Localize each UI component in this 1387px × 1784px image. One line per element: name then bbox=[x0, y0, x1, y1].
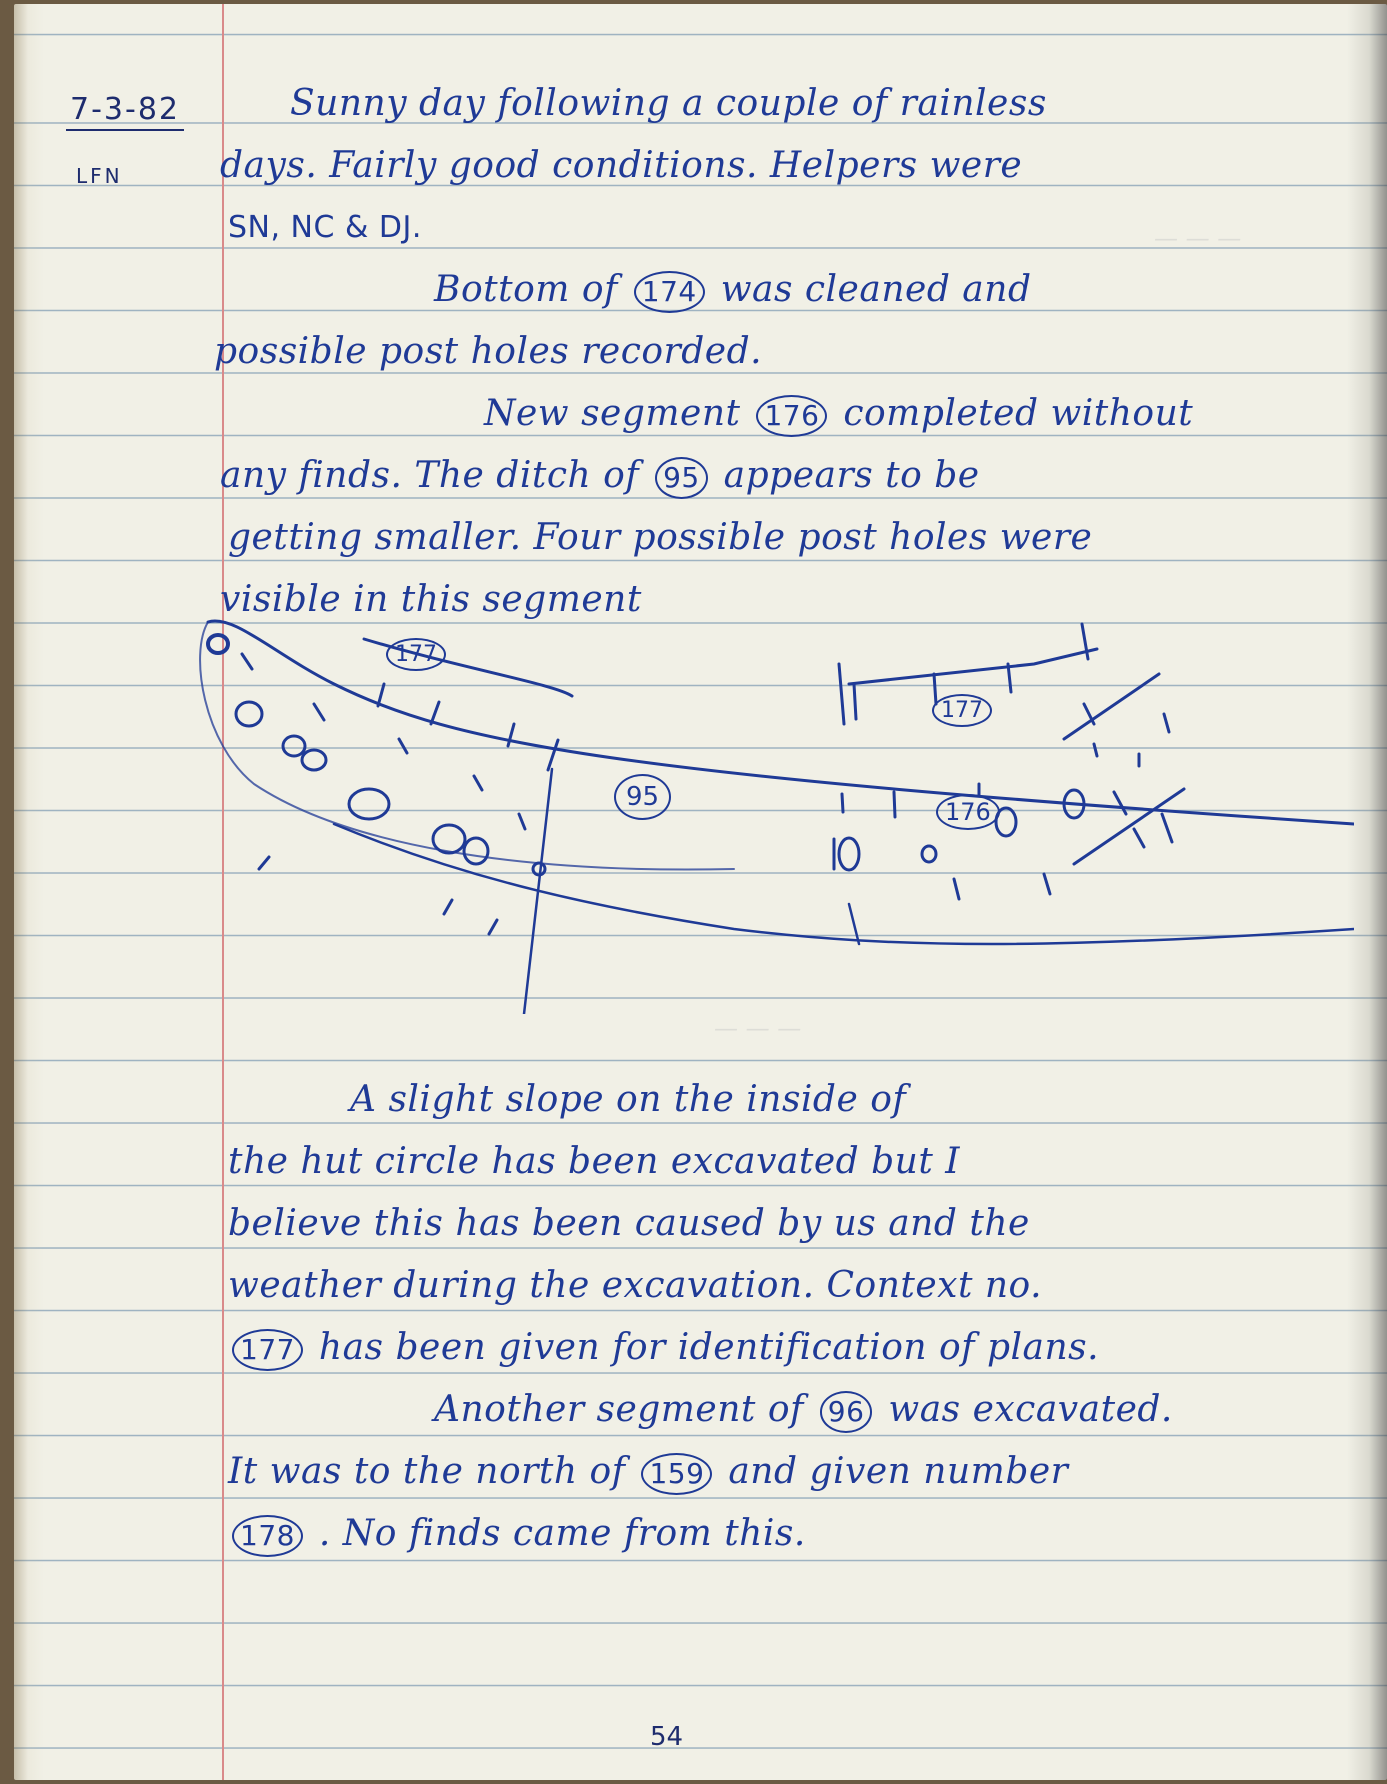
entry-date: 7-3-82 bbox=[66, 92, 184, 131]
context-number-badge: 177 bbox=[232, 1329, 303, 1371]
text-fragment: Another segment of bbox=[434, 1389, 804, 1430]
text-fragment: appears to be bbox=[724, 455, 980, 496]
context-number-badge: 96 bbox=[820, 1391, 873, 1433]
context-number-badge: 95 bbox=[655, 457, 708, 499]
text-line: the hut circle has been excavated but I bbox=[228, 1142, 960, 1182]
notebook-page: — — — — — — 7-3-82 LFN Sunny day followi… bbox=[14, 4, 1387, 1780]
text-fragment: was excavated. bbox=[888, 1389, 1173, 1430]
context-number-badge: 176 bbox=[756, 395, 827, 437]
text-line: It was to the north of 159 and given num… bbox=[228, 1452, 1068, 1495]
text-line: 178 . No finds came from this. bbox=[228, 1514, 806, 1557]
text-line: possible post holes recorded. bbox=[214, 332, 762, 372]
bleed-through-text: — — — bbox=[714, 1014, 801, 1042]
text-fragment: and given number bbox=[728, 1451, 1068, 1492]
text-fragment: any finds. The ditch of bbox=[220, 455, 639, 496]
text-line: Bottom of 174 was cleaned and bbox=[434, 270, 1032, 313]
text-line: any finds. The ditch of 95 appears to be bbox=[220, 456, 980, 499]
text-line: 177 has been given for identification of… bbox=[228, 1328, 1099, 1371]
text-fragment: New segment bbox=[484, 393, 740, 434]
text-line: weather during the excavation. Context n… bbox=[228, 1266, 1042, 1306]
context-label-176: 176 bbox=[936, 794, 1000, 830]
text-line: Sunny day following a couple of rainless bbox=[290, 84, 1047, 124]
text-line: days. Fairly good conditions. Helpers we… bbox=[220, 146, 1022, 186]
context-label-177: 177 bbox=[386, 638, 446, 671]
text-fragment: completed without bbox=[843, 393, 1193, 434]
text-line: New segment 176 completed without bbox=[484, 394, 1193, 437]
context-label-177: 177 bbox=[932, 694, 992, 727]
text-line: A slight slope on the inside of bbox=[350, 1080, 906, 1120]
excavation-plan-sketch: 177 95 177 176 bbox=[194, 614, 1354, 1014]
context-number-badge: 159 bbox=[641, 1453, 712, 1495]
text-line: getting smaller. Four possible post hole… bbox=[228, 518, 1092, 558]
context-number-badge: 178 bbox=[232, 1515, 303, 1557]
text-fragment: was cleaned and bbox=[721, 269, 1032, 310]
text-line: Another segment of 96 was excavated. bbox=[434, 1390, 1173, 1433]
text-line: SN, NC & DJ. bbox=[228, 208, 422, 248]
page-number: 54 bbox=[650, 1722, 683, 1752]
text-fragment: It was to the north of bbox=[228, 1451, 625, 1492]
bleed-through-text: — — — bbox=[1154, 224, 1241, 252]
context-number-badge: 174 bbox=[634, 271, 705, 313]
text-fragment: . No finds came from this. bbox=[319, 1513, 806, 1554]
ditch-plan-drawing bbox=[194, 614, 1354, 1014]
text-fragment: Bottom of bbox=[434, 269, 618, 310]
text-fragment: has been given for identification of pla… bbox=[319, 1327, 1099, 1368]
text-line: believe this has been caused by us and t… bbox=[228, 1204, 1030, 1244]
recorder-initials: LFN bbox=[76, 164, 123, 188]
context-label-95: 95 bbox=[614, 774, 671, 820]
